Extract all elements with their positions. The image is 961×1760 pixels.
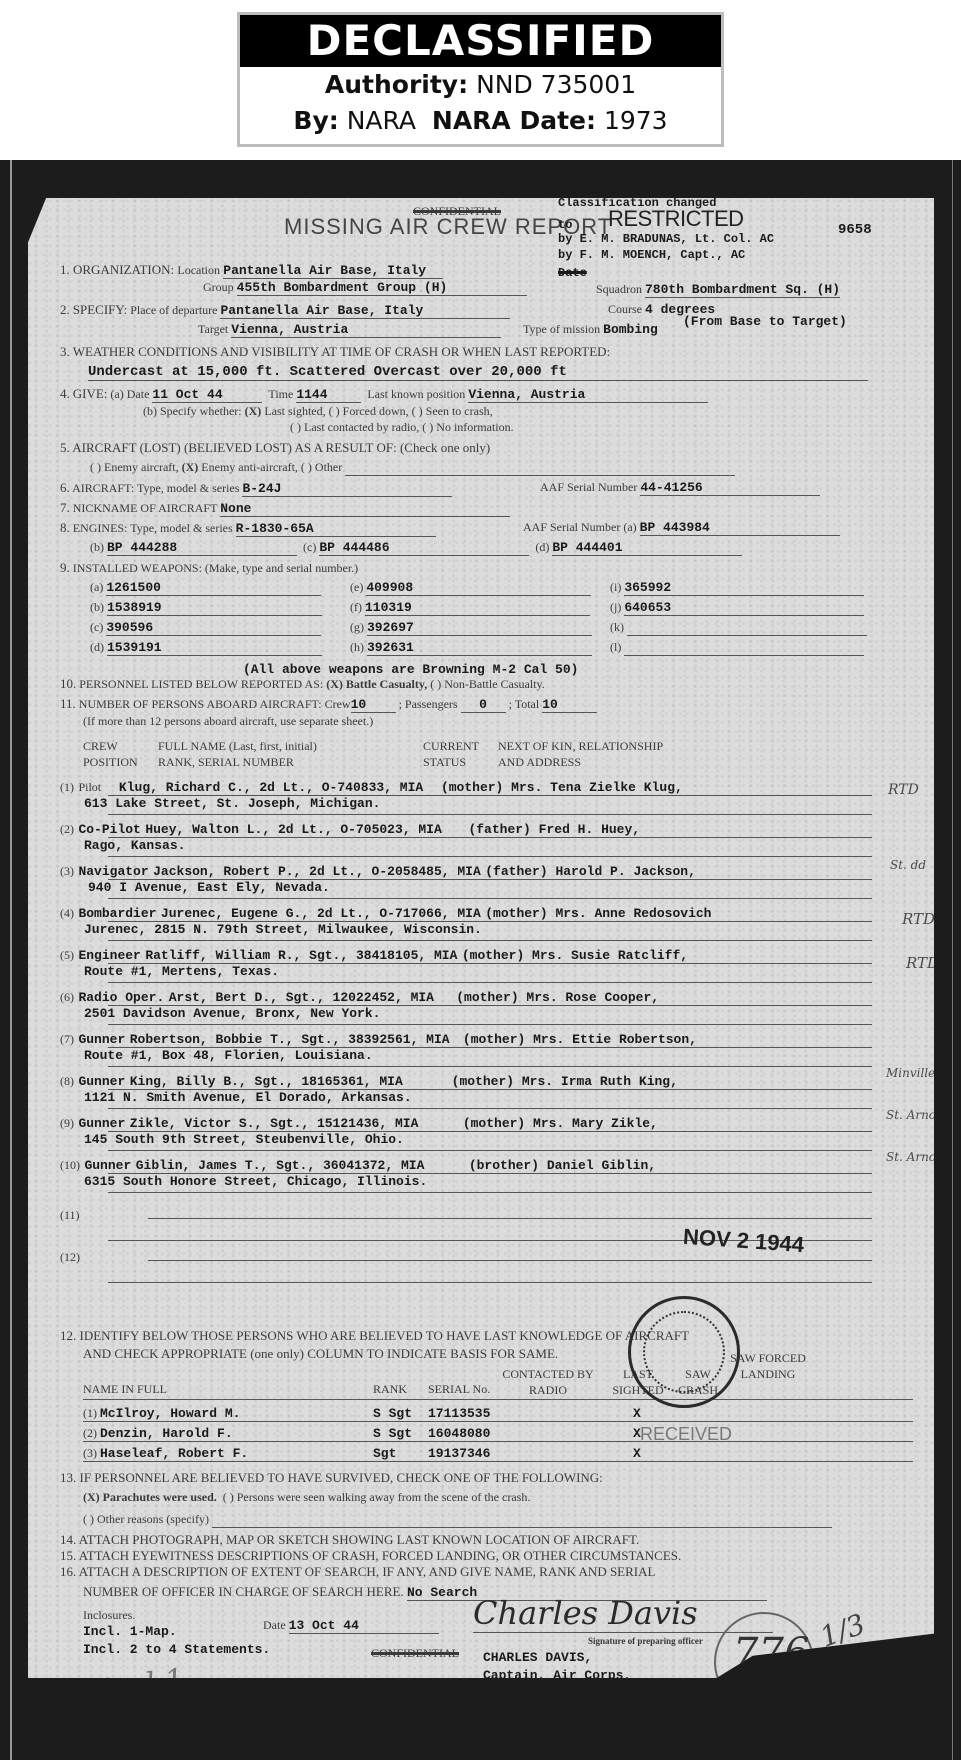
- item9-weapons: 9. INSTALLED WEAPONS: (Make, type and se…: [60, 560, 358, 576]
- item4-specify-2: ( ) Last contacted by radio, ( ) No info…: [290, 420, 514, 435]
- item12-line2: AND CHECK APPROPRIATE (one only) COLUMN …: [83, 1346, 558, 1362]
- date-value: 11 Oct 44: [152, 387, 262, 403]
- col-position: CREWPOSITION: [83, 738, 138, 770]
- crew-list: (1) Pilot Klug, Richard C., 2d Lt., O-74…: [28, 778, 934, 1278]
- item8-engines: 8. ENGINES: Type, model & series R-1830-…: [60, 520, 436, 537]
- scan-edge-line: [10, 160, 12, 1760]
- signature-label: Signature of preparing officer: [588, 1636, 703, 1646]
- item13-options: (X) Parachutes were used. ( ) Persons we…: [83, 1490, 530, 1505]
- col-status: CURRENTSTATUS: [423, 738, 479, 770]
- group-value: 455th Bombardment Group (H): [237, 280, 527, 296]
- position-value: Vienna, Austria: [468, 387, 708, 403]
- nickname-value: None: [220, 501, 510, 517]
- report-date-value: 13 Oct 44: [289, 1618, 439, 1634]
- declassified-banner: DECLASSIFIED: [240, 15, 721, 67]
- weapons-grid: (a) 1261500 (b) 1538919 (c) 390596 (d) 1…: [90, 580, 890, 670]
- report-date: Date 13 Oct 44: [263, 1618, 439, 1634]
- item7-nickname: 7. NICKNAME OF AIRCRAFT None: [60, 500, 510, 517]
- margin-note: Minville: [886, 1066, 935, 1080]
- passenger-count: 0: [461, 697, 506, 713]
- checkbox-radio-contact[interactable]: ( ) Last contacted by radio,: [290, 420, 419, 434]
- item2-target: Target Vienna, Austria: [198, 322, 501, 338]
- item16: 16. ATTACH A DESCRIPTION OF EXTENT OF SE…: [60, 1564, 655, 1580]
- item2-mission: Type of mission Bombing: [523, 322, 658, 337]
- item3-weather: 3. WEATHER CONDITIONS AND VISIBILITY AT …: [60, 344, 610, 360]
- clock-face-icon: [643, 1311, 725, 1393]
- restricted-stamp: RESTRICTED: [608, 206, 744, 232]
- checkbox-last-sighted[interactable]: (X) Last sighted,: [245, 404, 326, 418]
- inclosures-label: Inclosures.: [83, 1608, 135, 1623]
- checkbox-no-info[interactable]: ( ) No information.: [422, 420, 513, 434]
- declass-by-2: by F. M. MOENCH, Capt., AC: [558, 248, 745, 262]
- item1-org: 1. ORGANIZATION: Location Pantanella Air…: [60, 262, 443, 279]
- item5-options: ( ) Enemy aircraft, (X) Enemy anti-aircr…: [90, 460, 735, 476]
- item4-give: 4. GIVE: (a) Date 11 Oct 44 Time 1144 La…: [60, 386, 708, 403]
- scan-edge-line: [952, 160, 953, 1760]
- witness-row: (3) Haseleaf, Robert F. Sgt 19137346 X: [83, 1446, 913, 1462]
- date-struck: Date: [558, 266, 808, 280]
- engine-c-value: BP 444486: [319, 540, 529, 556]
- mission-value: Bombing: [603, 322, 658, 337]
- report-number: 9658: [838, 222, 872, 238]
- inclosure-2: Incl. 2 to 4 Statements.: [83, 1642, 270, 1657]
- by-line: By: NARA NARA Date: 1973: [240, 103, 721, 139]
- last-sighted-mark: X: [633, 1446, 641, 1461]
- item12-knowledge: 12. IDENTIFY BELOW THOSE PERSONS WHO ARE…: [60, 1328, 689, 1344]
- engine-d-value: BP 444401: [552, 540, 742, 556]
- checkbox-battle-casualty[interactable]: (X) Battle Casualty,: [326, 677, 427, 691]
- item11-aboard: 11. NUMBER OF PERSONS ABOARD AIRCRAFT: C…: [60, 696, 597, 713]
- location-value: Pantanella Air Base, Italy: [223, 263, 443, 279]
- engine-a-value: BP 443984: [640, 520, 840, 536]
- item6-serial: AAF Serial Number 44-41256: [540, 480, 820, 496]
- aircraft-serial-value: 44-41256: [640, 480, 820, 496]
- officer-name: CHARLES DAVIS,: [483, 1650, 592, 1665]
- item13-other: ( ) Other reasons (specify): [83, 1512, 832, 1528]
- authority-line: Authority: NND 735001: [240, 67, 721, 103]
- target-value: Vienna, Austria: [231, 322, 501, 338]
- checkbox-walking-away[interactable]: ( ) Persons were seen walking away from …: [223, 1490, 531, 1504]
- engine-b-value: BP 444288: [107, 540, 297, 556]
- other-reasons-field: [212, 1512, 832, 1528]
- checkbox-parachutes[interactable]: (X) Parachutes were used.: [83, 1490, 217, 1504]
- item8-bcd: (b) BP 444288 (c) BP 444486 (d) BP 44440…: [90, 540, 742, 556]
- item12-header: NAME IN FULL RANK SERIAL No. CONTACTED B…: [83, 1382, 913, 1400]
- received-stamp: RECEIVED: [640, 1424, 732, 1445]
- item2-specify: 2. SPECIFY: Place of departure Pantanell…: [60, 302, 510, 319]
- item1-squadron: Squadron 780th Bombardment Sq. (H): [596, 282, 840, 297]
- crew-count: 10: [351, 697, 396, 713]
- crew-row-empty: (11): [60, 1206, 930, 1224]
- aircraft-type-value: B-24J: [242, 481, 452, 497]
- item10-personnel: 10. PERSONNEL LISTED BELOW REPORTED AS: …: [60, 676, 545, 692]
- course-note: (From Base to Target): [683, 314, 847, 329]
- confidential-footer: CONFIDENTIAL: [371, 1646, 459, 1661]
- item15: 15. ATTACH EYEWITNESS DESCRIPTIONS OF CR…: [60, 1548, 681, 1564]
- squadron-value: 780th Bombardment Sq. (H): [645, 282, 840, 298]
- inclosure-1: Incl. 1-Map.: [83, 1624, 177, 1639]
- witness-row: (2) Denzin, Harold F. S Sgt 16048080 X: [83, 1426, 913, 1442]
- checkbox-non-battle[interactable]: ( ) Non-Battle Casualty.: [430, 677, 545, 691]
- col-name: FULL NAME (Last, first, initial)RANK, SE…: [158, 738, 317, 770]
- checkbox-forced-down[interactable]: ( ) Forced down,: [329, 404, 409, 418]
- checkbox-enemy-aircraft[interactable]: ( ) Enemy aircraft,: [90, 460, 179, 474]
- item11-note: (If more than 12 persons aboard aircraft…: [83, 714, 373, 729]
- engine-type-value: R-1830-65A: [236, 521, 436, 537]
- margin-note: St. dd: [890, 858, 926, 872]
- item14: 14. ATTACH PHOTOGRAPH, MAP OR SKETCH SHO…: [60, 1532, 639, 1548]
- item1-group: Group 455th Bombardment Group (H): [203, 280, 527, 296]
- col-kin: NEXT OF KIN, RELATIONSHIPAND ADDRESS: [498, 738, 663, 770]
- checkbox-seen-crash[interactable]: ( ) Seen to crash,: [412, 404, 493, 418]
- witness-row: (1) McIlroy, Howard M. S Sgt 17113535 X: [83, 1406, 913, 1422]
- item4-specify: (b) Specify whether: (X) Last sighted, (…: [143, 404, 493, 419]
- last-sighted-mark: X: [633, 1406, 641, 1421]
- weather-value: Undercast at 15,000 ft. Scattered Overca…: [88, 364, 868, 381]
- margin-note: RTD: [888, 782, 919, 798]
- time-value: 1144: [296, 387, 361, 403]
- departure-value: Pantanella Air Base, Italy: [220, 303, 510, 319]
- total-count: 10: [542, 697, 597, 713]
- declass-by-1: by E. M. BRADUNAS, Lt. Col. AC: [558, 232, 774, 246]
- to-label: to: [558, 218, 572, 232]
- item13-survived: 13. IF PERSONNEL ARE BELIEVED TO HAVE SU…: [60, 1470, 603, 1486]
- declassified-stamp: DECLASSIFIED Authority: NND 735001 By: N…: [237, 12, 724, 147]
- item8-serial-a: AAF Serial Number (a) BP 443984: [523, 520, 840, 536]
- received-clock-stamp: [628, 1296, 740, 1408]
- checkbox-other-reasons[interactable]: ( ) Other reasons (specify): [83, 1512, 209, 1526]
- weapons-note: (All above weapons are Browning M-2 Cal …: [243, 662, 578, 677]
- checkbox-enemy-aa[interactable]: (X) Enemy anti-aircraft,: [182, 460, 298, 474]
- other-field: [345, 460, 735, 476]
- margin-note: RTD: [902, 910, 935, 928]
- missing-air-crew-report: CONFIDENTIAL MISSING AIR CREW REPORT Cla…: [28, 198, 934, 1678]
- checkbox-other[interactable]: ( ) Other: [301, 460, 342, 474]
- item6-aircraft: 6. AIRCRAFT: Type, model & series B-24J: [60, 480, 452, 497]
- item5-cause: 5. AIRCRAFT (LOST) (BELIEVED LOST) AS A …: [60, 440, 490, 456]
